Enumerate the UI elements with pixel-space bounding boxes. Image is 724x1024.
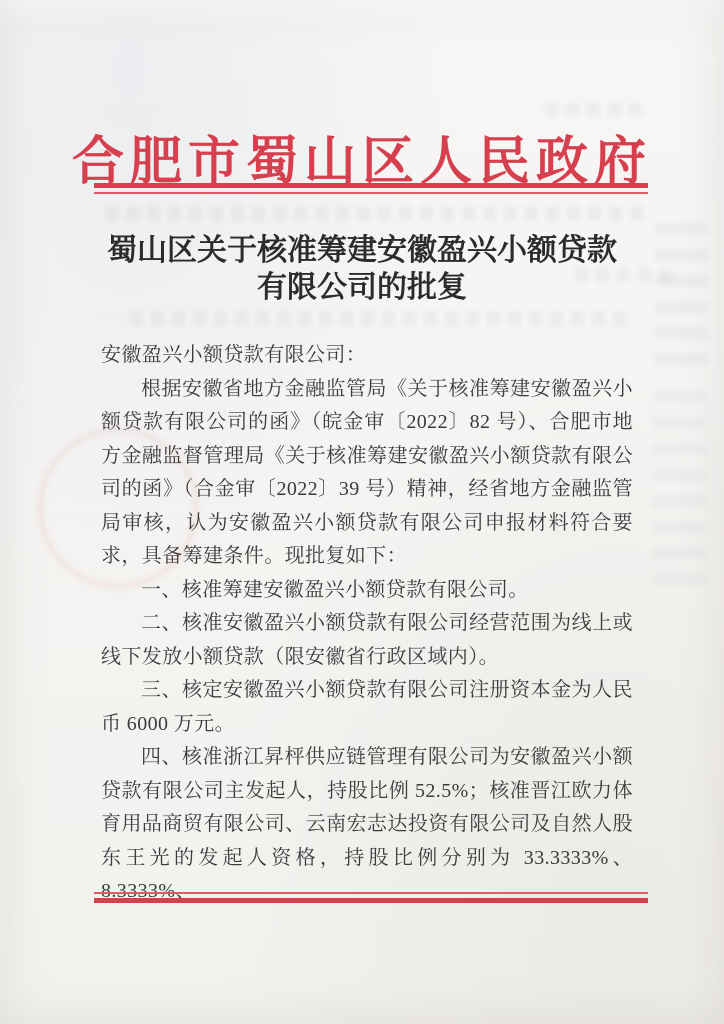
title-line-2: 有限公司的批复 (95, 269, 629, 306)
bleedthrough-smudge-top-digits (545, 103, 645, 116)
bleedthrough-smudge-right-margin-upper (655, 215, 707, 365)
document-title: 蜀山区关于核准筹建安徽盈兴小额贷款 有限公司的批复 (95, 232, 629, 306)
bleedthrough-smudge-right-margin-lower (652, 385, 707, 585)
body-paragraph-5: 四、核准浙江昇枰供应链管理有限公司为安徽盈兴小额贷款有限公司主发起人，持股比例 … (101, 741, 633, 909)
letterhead-rule (94, 183, 648, 194)
body-paragraph-3: 二、核准安徽盈兴小额贷款有限公司经营范围为线上或线下发放小额贷款（限安徽省行政区… (101, 607, 633, 674)
seal-bleedthrough-circle (38, 428, 198, 588)
footer-rule (94, 892, 648, 903)
document-body: 安徽盈兴小额贷款有限公司： 根据安徽省地方金融监管局《关于核准筹建安徽盈兴小额贷… (101, 339, 633, 909)
bleedthrough-smudge-below-title (130, 311, 630, 326)
title-line-1: 蜀山区关于核准筹建安徽盈兴小额贷款 (95, 232, 629, 269)
body-paragraph-2: 一、核准筹建安徽盈兴小额贷款有限公司。 (101, 574, 633, 608)
bleedthrough-smudge-under-rule (105, 206, 645, 221)
scanned-document-page: 合肥市蜀山区人民政府 蜀山区关于核准筹建安徽盈兴小额贷款 有限公司的批复 安徽盈… (0, 0, 724, 1024)
body-paragraph-4: 三、核定安徽盈兴小额贷款有限公司注册资本金为人民币 6000 万元。 (101, 674, 633, 741)
salutation: 安徽盈兴小额贷款有限公司： (101, 339, 633, 373)
